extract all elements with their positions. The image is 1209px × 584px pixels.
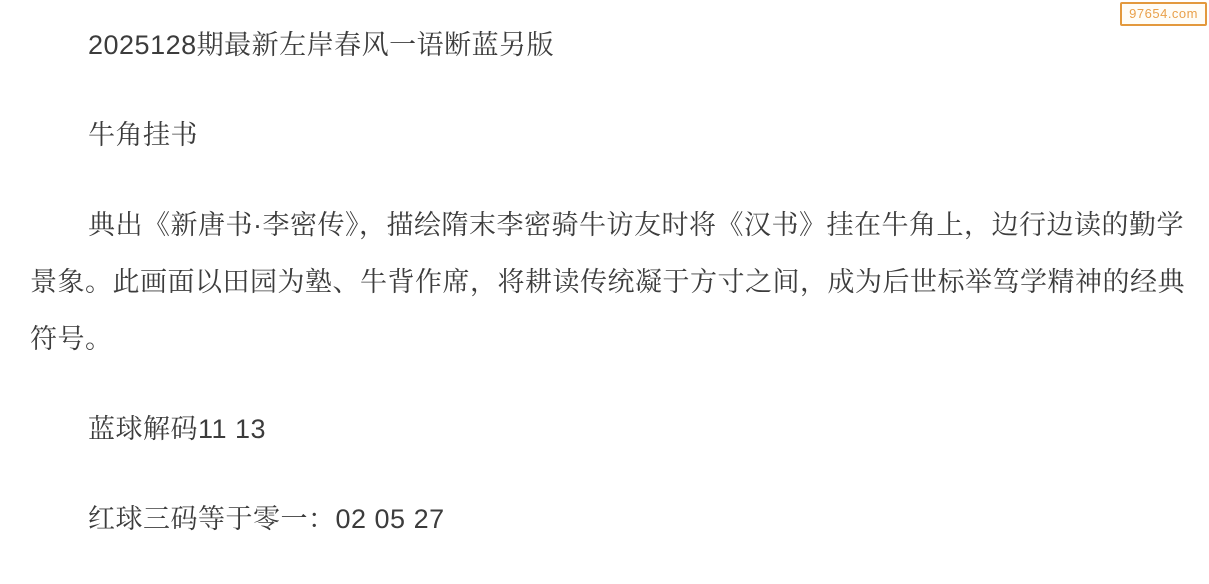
article-paragraph: 典出《新唐书·李密传》，描绘隋末李密骑牛访友时将《汉书》挂在牛角上，边行边读的勤… — [30, 197, 1179, 368]
paragraph-line: 景象。此画面以田园为塾、牛背作席，将耕读传统凝于方寸之间，成为后世标举笃学精神的… — [30, 254, 1179, 311]
article-page: 97654.com 2025128期最新左岸春风一语断蓝另版 牛角挂书 典出《新… — [0, 0, 1209, 584]
article-subtitle: 牛角挂书 — [30, 107, 1179, 164]
blue-ball-line: 蓝球解码11 13 — [30, 401, 1179, 458]
red-ball-line: 红球三码等于零一：02 05 27 — [30, 491, 1179, 548]
article-title: 2025128期最新左岸春风一语断蓝另版 — [30, 17, 1179, 74]
paragraph-line: 符号。 — [30, 311, 1179, 368]
article-content: 2025128期最新左岸春风一语断蓝另版 牛角挂书 典出《新唐书·李密传》，描绘… — [0, 0, 1209, 548]
site-watermark-badge: 97654.com — [1120, 2, 1207, 26]
paragraph-line: 典出《新唐书·李密传》，描绘隋末李密骑牛访友时将《汉书》挂在牛角上，边行边读的勤… — [30, 197, 1179, 254]
